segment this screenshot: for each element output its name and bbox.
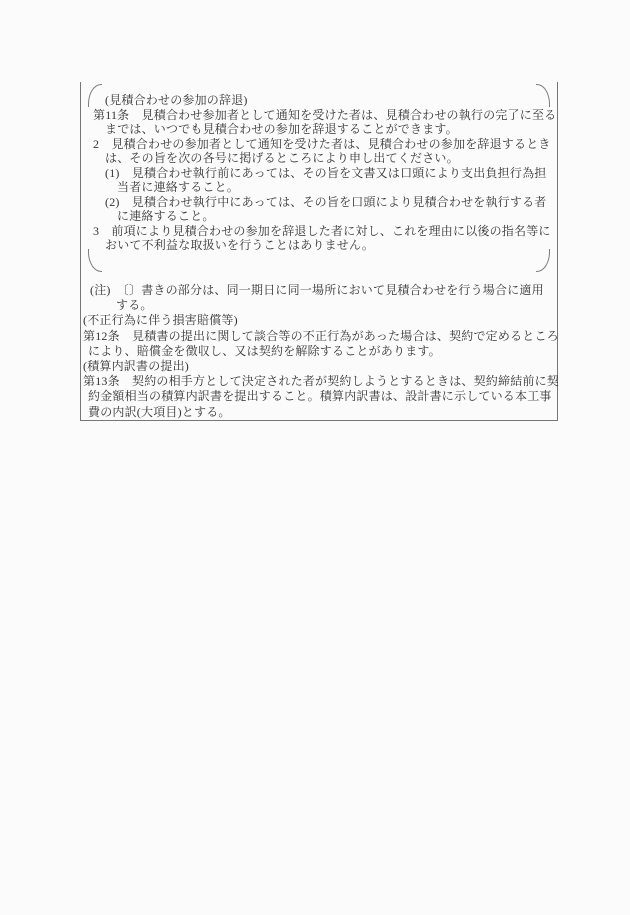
text-line: (不正行為に伴う損害賠償等) [83,313,553,328]
text-line: は、その旨を次の各号に掲げるところにより申し出てください。 [93,151,545,166]
text-line: 当者に連絡すること。 [93,180,545,195]
text-line: 約金額相当の積算内訳書を提出すること。積算内訳書は、設計書に示している本工事 [83,389,553,404]
text-line: 費の内訳(大項目)とする。 [83,405,553,420]
text-line: する。 [83,298,553,313]
text-line: (積算内訳書の提出) [83,359,553,374]
text-line: 2 見積合わせの参加者として通知を受けた者は、見積合わせの参加を辞退するとき [93,137,545,152]
text-line: (2) 見積合わせ執行中にあっては、その旨を口頭により見積合わせを執行する者 [93,195,545,210]
text-line: 3 前項により見積合わせの参加を辞退した者に対し、これを理由に以後の指名等に [93,224,545,239]
text-line: に連絡すること。 [93,209,545,224]
clause-bracket-frame: (見積合わせの参加の辞退)第11条 見積合わせ参加者として通知を受けた者は、見積… [88,84,550,272]
text-line: までは、いつでも見積合わせの参加を辞退することができます。 [93,122,545,137]
text-line: により、賠償金を徴収し、又は契約を解除することがあります。 [83,344,553,359]
text-line: (1) 見積合わせ執行前にあっては、その旨を文書又は口頭により支出負担行為担 [93,166,545,181]
clause-11-text-block: (見積合わせの参加の辞退)第11条 見積合わせ参加者として通知を受けた者は、見積… [93,93,545,253]
text-line: おいて不利益な取扱いを行うことはありません。 [93,238,545,253]
text-line: 第13条 契約の相手方として決定された者が契約しようとするときは、契約締結前に契 [83,374,553,389]
document-page: (見積合わせの参加の辞退)第11条 見積合わせ参加者として通知を受けた者は、見積… [0,0,630,915]
text-line: 第11条 見積合わせ参加者として通知を受けた者は、見積合わせの執行の完了に至る [93,108,545,123]
text-line: (注) 〔〕書きの部分は、同一期日に同一場所において見積合わせを行う場合に適用 [83,283,553,298]
notes-and-clauses-block: (注) 〔〕書きの部分は、同一期日に同一場所において見積合わせを行う場合に適用す… [83,283,553,420]
text-line: (見積合わせの参加の辞退) [93,93,545,108]
document-frame: (見積合わせの参加の辞退)第11条 見積合わせ参加者として通知を受けた者は、見積… [80,82,558,421]
text-line: 第12条 見積書の提出に関して談合等の不正行為があった場合は、契約で定めるところ [83,329,553,344]
